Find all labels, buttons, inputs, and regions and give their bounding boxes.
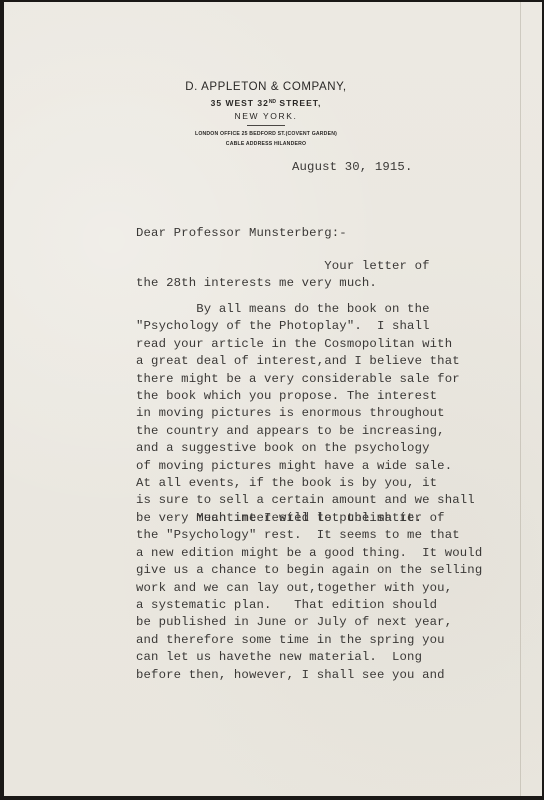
text-line: Your letter of [136,258,430,275]
text-line: the book which you propose. The interest [136,388,475,405]
text-line: read your article in the Cosmopolitan wi… [136,336,475,353]
text-line: At all events, if the book is by you, it [136,475,475,492]
text-line: be published in June or July of next yea… [136,614,482,631]
letterhead: D. APPLETON & COMPANY, 35 WEST 32ND STRE… [134,80,398,149]
text-line: a systematic plan. That edition should [136,597,482,614]
letterhead-city: NEW YORK. [134,110,398,122]
letter-page: D. APPLETON & COMPANY, 35 WEST 32ND STRE… [4,2,542,796]
text-line: and therefore some time in the spring yo… [136,632,482,649]
text-line: before then, however, I shall see you an… [136,667,482,684]
text-line: "Psychology of the Photoplay". I shall [136,318,475,335]
text-line: can let us havethe new material. Long [136,649,482,666]
text-line: By all means do the book on the [136,301,475,318]
text-line: Meantime I will let the matter of [136,510,482,527]
text-line: the "Psychology" rest. It seems to me th… [136,527,482,544]
text-line: work and we can lay out,together with yo… [136,580,482,597]
street-number: 35 WEST 32 [211,98,269,108]
text-line: and a suggestive book on the psychology [136,440,475,457]
text-line: in moving pictures is enormous throughou… [136,405,475,422]
text-line: is sure to sell a certain amount and we … [136,492,475,509]
paper-fold-line [520,2,521,796]
text-line: a great deal of interest,and I believe t… [136,353,475,370]
text-line: the country and appears to be increasing… [136,423,475,440]
letter-paragraph-2: By all means do the book on the "Psychol… [136,301,475,527]
letter-salutation: Dear Professor Munsterberg:- [136,226,347,240]
text-line: of moving pictures might have a wide sal… [136,458,475,475]
letterhead-cable-address: CABLE ADDRESS HILANDERO [145,140,388,150]
text-line: the 28th interests me very much. [136,275,430,292]
letterhead-divider [247,125,285,126]
letter-date: August 30, 1915. [292,160,412,174]
letterhead-london-office: LONDON OFFICE 25 BEDFORD ST.(COVENT GARD… [145,130,388,140]
street-name: STREET, [276,98,321,108]
text-line: a new edition might be a good thing. It … [136,545,482,562]
letterhead-street-address: 35 WEST 32ND STREET, [134,95,398,110]
street-ordinal-suffix: ND [269,99,276,105]
letter-paragraph-3: Meantime I will let the matter of the "P… [136,510,482,684]
letterhead-company-name: D. APPLETON & COMPANY, [134,80,398,94]
text-line: there might be a very considerable sale … [136,371,475,388]
letter-paragraph-1: Your letter of the 28th interests me ver… [136,258,430,293]
text-line: give us a chance to begin again on the s… [136,562,482,579]
